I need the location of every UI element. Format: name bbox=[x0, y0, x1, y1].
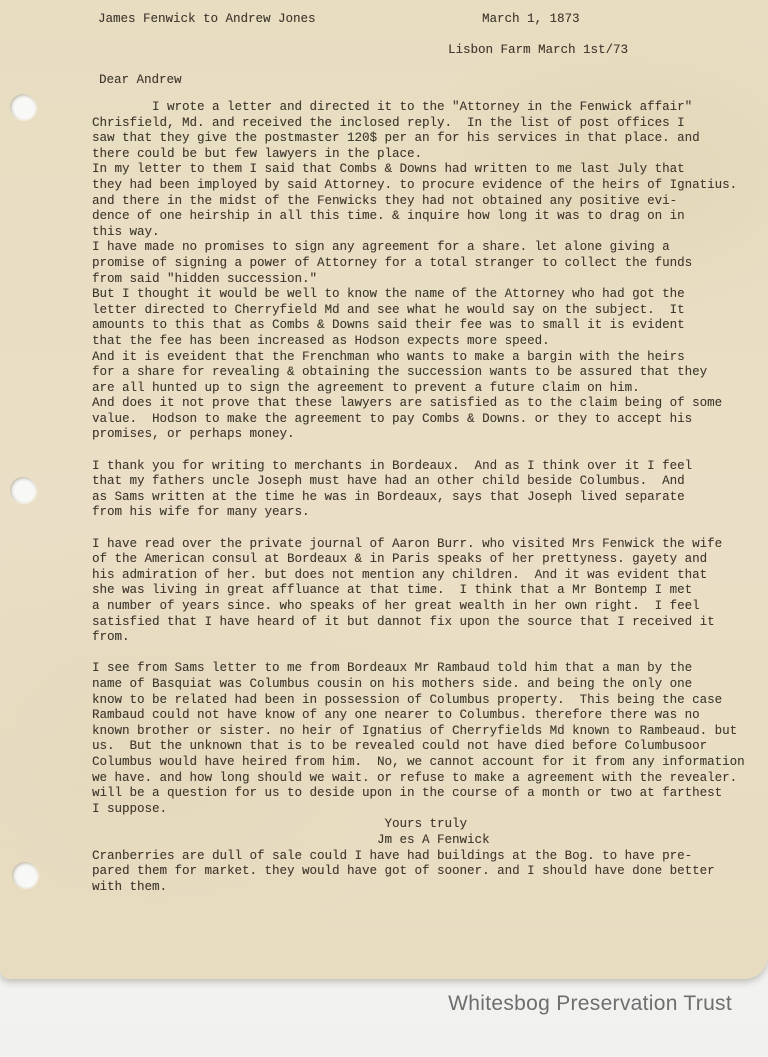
letter-line: us. But the unknown that is to be reveal… bbox=[92, 739, 745, 755]
letter-line: a number of years since. who speaks of h… bbox=[92, 599, 745, 615]
letter-line: from his wife for many years. bbox=[92, 505, 745, 521]
letter-line: known brother or sister. no heir of Igna… bbox=[92, 724, 745, 740]
letter-line: with them. bbox=[92, 880, 745, 896]
letter-line: satisfied that I have heard of it but da… bbox=[92, 615, 745, 631]
letter-line: they had been imployed by said Attorney.… bbox=[92, 178, 745, 194]
letter-line bbox=[92, 521, 745, 537]
letter-line: as Sams written at the time he was in Bo… bbox=[92, 490, 745, 506]
letter-line: Chrisfield, Md. and received the inclose… bbox=[92, 116, 745, 132]
scan-background: James Fenwick to Andrew Jones March 1, 1… bbox=[0, 0, 768, 1057]
letter-line: and there in the midst of the Fenwicks t… bbox=[92, 194, 745, 210]
letter-line: Cranberries are dull of sale could I hav… bbox=[92, 849, 745, 865]
letter-salutation: Dear Andrew bbox=[99, 73, 182, 89]
letter-line: his admiration of her. but does not ment… bbox=[92, 568, 745, 584]
letter-line: amounts to this that as Combs & Downs sa… bbox=[92, 318, 745, 334]
letter-line: she was living in great affluance at tha… bbox=[92, 583, 745, 599]
hole-punch-top bbox=[10, 94, 36, 120]
letter-line: I have made no promises to sign any agre… bbox=[92, 240, 745, 256]
letter-line: we have. and how long should we wait. or… bbox=[92, 771, 745, 787]
letter-line bbox=[92, 646, 745, 662]
hole-punch-middle bbox=[10, 477, 36, 503]
letter-line: saw that they give the postmaster 120$ p… bbox=[92, 131, 745, 147]
letter-line: promises, or perhaps money. bbox=[92, 427, 745, 443]
letter-line: that the fee has been increased as Hodso… bbox=[92, 334, 745, 350]
letter-line: that my fathers uncle Joseph must have h… bbox=[92, 474, 745, 490]
letter-line: letter directed to Cherryfield Md and se… bbox=[92, 303, 745, 319]
letter-line: I see from Sams letter to me from Bordea… bbox=[92, 661, 745, 677]
letter-line: value. Hodson to make the agreement to p… bbox=[92, 412, 745, 428]
letter-line: I have read over the private journal of … bbox=[92, 537, 745, 553]
letter-body: I wrote a letter and directed it to the … bbox=[92, 100, 745, 895]
letter-line: of the American consul at Bordeaux & in … bbox=[92, 552, 745, 568]
letter-line: Yours truly bbox=[92, 817, 745, 833]
letter-line: In my letter to them I said that Combs &… bbox=[92, 162, 745, 178]
letter-line: there could be but few lawyers in the pl… bbox=[92, 147, 745, 163]
letter-line: this way. bbox=[92, 225, 745, 241]
letter-line: I thank you for writing to merchants in … bbox=[92, 459, 745, 475]
letter-line: Rambaud could not have know of any one n… bbox=[92, 708, 745, 724]
hole-punch-bottom bbox=[12, 862, 38, 888]
letter-line: from said "hidden succession." bbox=[92, 272, 745, 288]
letter-line: promise of signing a power of Attorney f… bbox=[92, 256, 745, 272]
letter-line: pared them for market. they would have g… bbox=[92, 864, 745, 880]
letter-line: I suppose. bbox=[92, 802, 745, 818]
letter-paper: James Fenwick to Andrew Jones March 1, 1… bbox=[0, 0, 768, 979]
letter-line: name of Basquiat was Columbus cousin on … bbox=[92, 677, 745, 693]
archive-watermark: Whitesbog Preservation Trust bbox=[448, 992, 732, 1016]
letter-line: know to be related had been in possessio… bbox=[92, 693, 745, 709]
letter-line: But I thought it would be well to know t… bbox=[92, 287, 745, 303]
letter-line: Jm es A Fenwick bbox=[92, 833, 745, 849]
letter-line: for a share for revealing & obtaining th… bbox=[92, 365, 745, 381]
letter-line: Columbus would have heired from him. No,… bbox=[92, 755, 745, 771]
letter-header-date: March 1, 1873 bbox=[482, 12, 580, 28]
letter-line: from. bbox=[92, 630, 745, 646]
letter-header-parties: James Fenwick to Andrew Jones bbox=[98, 12, 316, 28]
letter-line: dence of one heirship in all this time. … bbox=[92, 209, 745, 225]
letter-line bbox=[92, 443, 745, 459]
letter-line: are all hunted up to sign the agreement … bbox=[92, 381, 745, 397]
letter-line: will be a question for us to deside upon… bbox=[92, 786, 745, 802]
letter-line: And does it not prove that these lawyers… bbox=[92, 396, 745, 412]
letter-line: And it is eveident that the Frenchman wh… bbox=[92, 350, 745, 366]
letter-dateline: Lisbon Farm March 1st/73 bbox=[448, 43, 628, 59]
letter-line: I wrote a letter and directed it to the … bbox=[92, 100, 745, 116]
